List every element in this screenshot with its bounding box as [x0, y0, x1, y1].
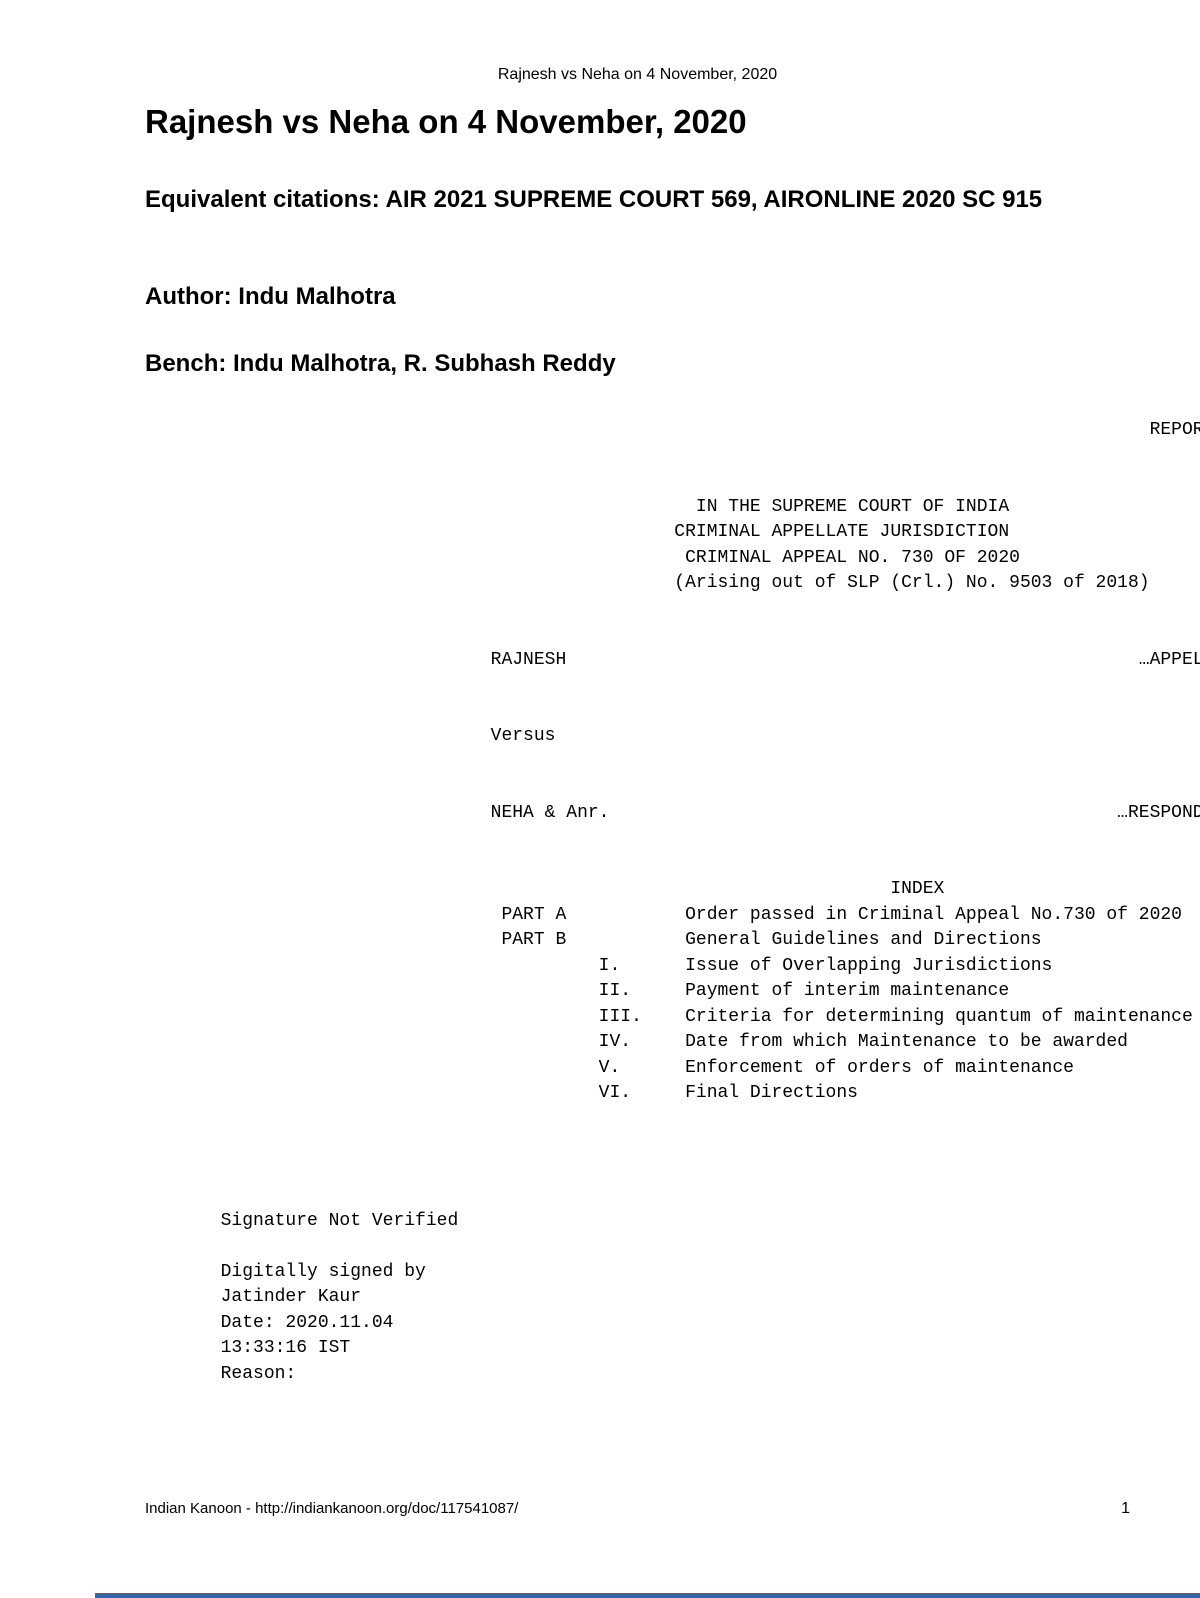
author-line: Author: Indu Malhotra [145, 283, 1130, 311]
page-title: Rajnesh vs Neha on 4 November, 2020 [145, 103, 1130, 141]
equivalent-citations: Equivalent citations: AIR 2021 SUPREME C… [145, 180, 1130, 220]
judgment-text: REPORTABLE IN THE SUPREME COURT OF INDIA… [145, 418, 1200, 1387]
page-number: 1 [1121, 1500, 1130, 1518]
running-header: Rajnesh vs Neha on 4 November, 2020 [145, 66, 1130, 84]
bench-line: Bench: Indu Malhotra, R. Subhash Reddy [145, 350, 1130, 378]
source-attribution: Indian Kanoon - http://indiankanoon.org/… [145, 1500, 518, 1517]
page-footer: Indian Kanoon - http://indiankanoon.org/… [145, 1500, 1130, 1518]
bottom-edge-bar [95, 1593, 1200, 1598]
